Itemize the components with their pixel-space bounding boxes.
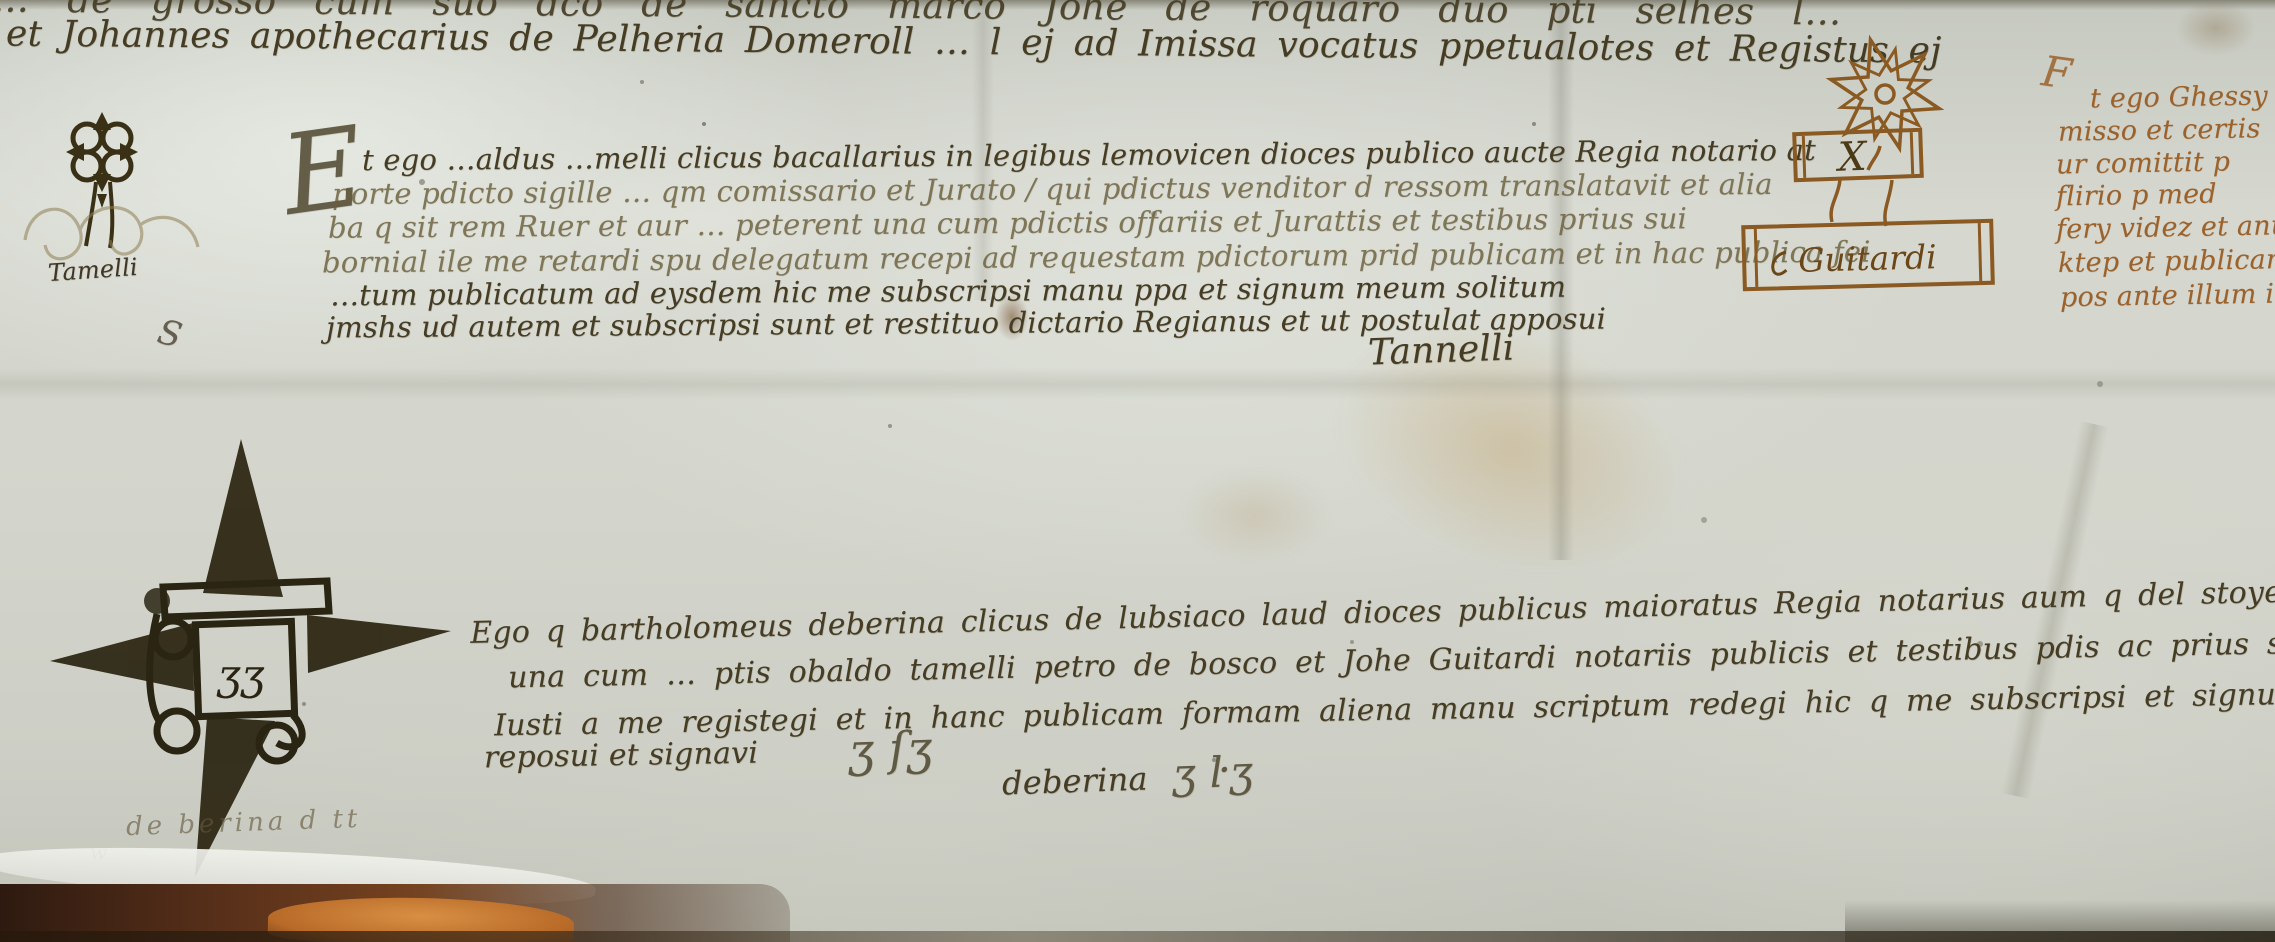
margin-line: t ego Ghessy bbox=[2090, 80, 2268, 114]
act-one-signature: Tannelli bbox=[1367, 327, 1515, 373]
margin-line: misso et certis bbox=[2058, 113, 2261, 148]
pen-flourish: ʒ ſʒ bbox=[847, 721, 933, 778]
star-rosette-sign: X Guitardi bbox=[1740, 28, 2000, 300]
margin-line: ur comittit p bbox=[2056, 146, 2231, 180]
margin-line: ktep et publicam bbox=[2058, 244, 2275, 279]
pen-flourish: ʒ ŀʒ bbox=[1171, 747, 1254, 799]
manuscript-photo: … de grosso cum suo dco de sancto marco … bbox=[0, 0, 2275, 942]
crease bbox=[0, 368, 2275, 400]
act-two-signature: deberina bbox=[1001, 759, 1148, 802]
sign-bottom-top-mark: S bbox=[154, 312, 186, 356]
margin-line: flirio p med bbox=[2056, 179, 2217, 213]
sign-right-box-glyph: X bbox=[1834, 134, 1869, 181]
stain bbox=[1180, 468, 1330, 563]
sign-right-banner-name: Guitardi bbox=[1798, 237, 1938, 280]
corner-shadow bbox=[1845, 900, 2275, 942]
margin-line: fery videz et anum bbox=[2056, 210, 2275, 246]
act-two-line: reposui et signavi bbox=[484, 736, 759, 776]
margin-line: pos ante illum inde bbox=[2060, 278, 2275, 314]
sign-bottom-center-glyph: ʒʒ bbox=[216, 650, 265, 699]
margin-paraph: F bbox=[2039, 46, 2075, 99]
